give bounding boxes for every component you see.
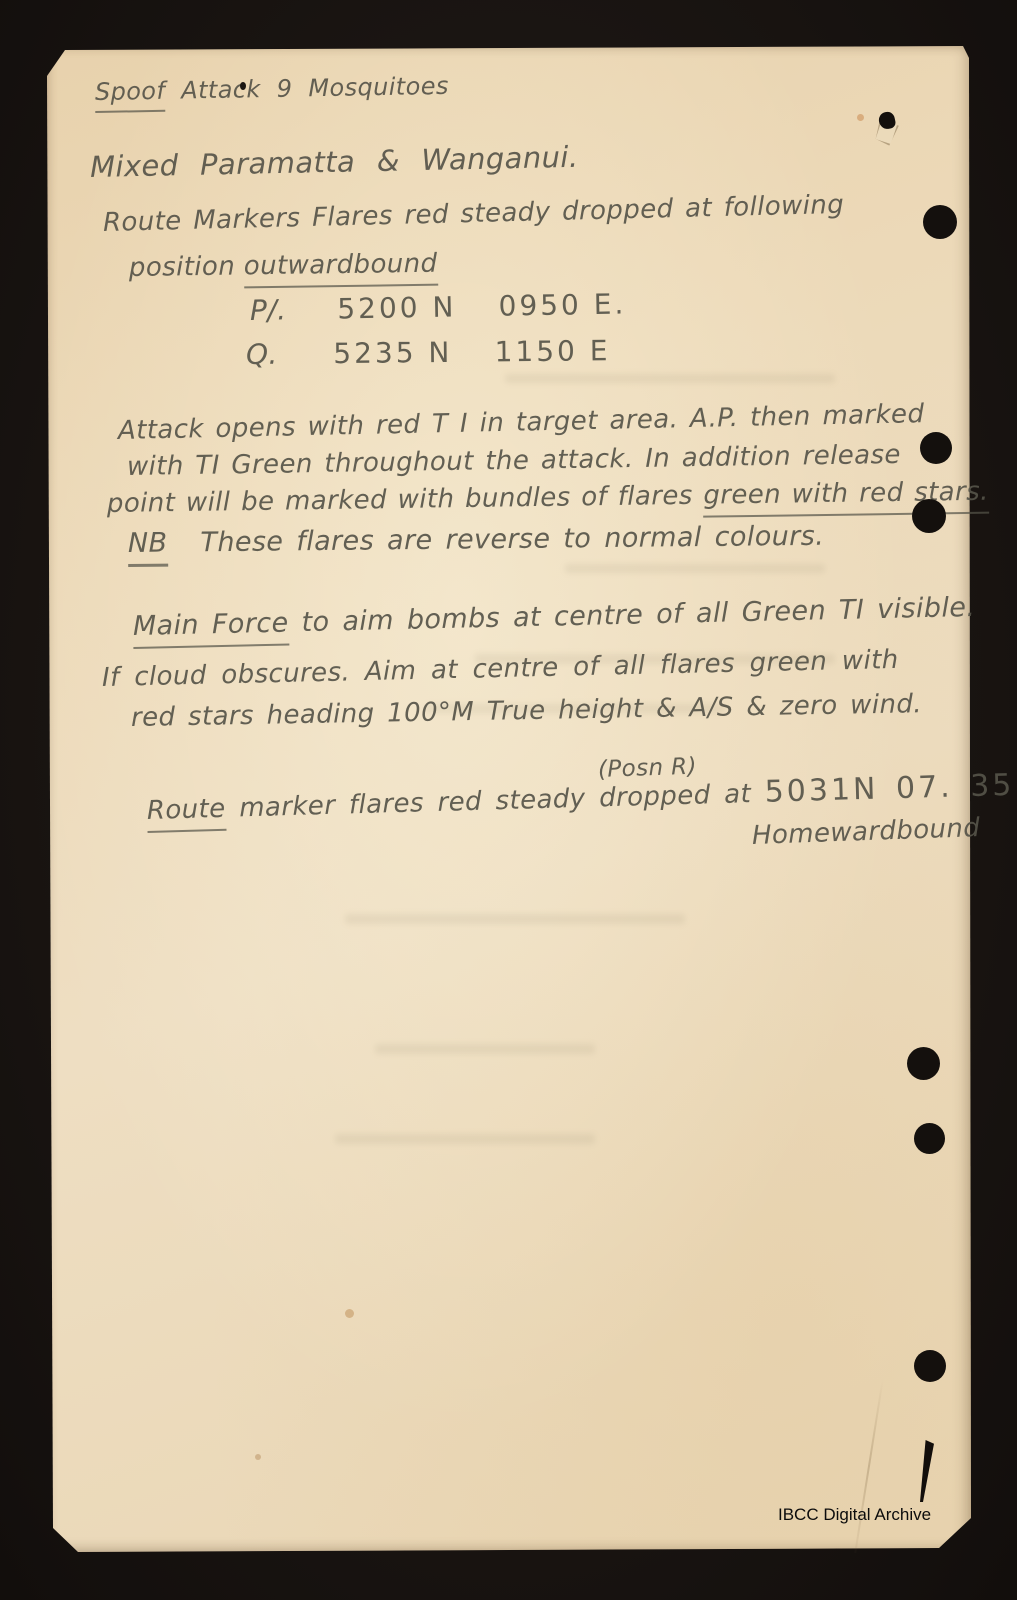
outwardbound-underlined: outwardbound xyxy=(244,251,438,289)
position-latitude: 5235 N xyxy=(333,336,461,370)
heading-underlined-word: Spoof xyxy=(95,79,166,113)
position-longitude: 1150 E xyxy=(494,334,610,368)
punch-hole xyxy=(914,1123,945,1154)
position-longitude: 0950 E. xyxy=(498,287,626,322)
punch-hole xyxy=(920,432,952,464)
position-latitude: 5200 N xyxy=(337,290,466,325)
position-row-p: P/. 5200 N 0950 E. xyxy=(250,287,627,327)
stain xyxy=(345,1309,354,1318)
bleed-through-smudge xyxy=(505,374,835,383)
bleed-through-smudge xyxy=(565,564,825,573)
position-label: Q. xyxy=(246,337,310,371)
position-label: P/. xyxy=(250,293,315,327)
attack-line-3-underlined: green with red stars. xyxy=(703,479,989,518)
ink-speck xyxy=(240,82,246,90)
outwardbound-line: position outwardbound xyxy=(129,249,438,291)
homeward-underlined: Route xyxy=(147,796,227,833)
stain xyxy=(255,1454,261,1460)
homeward-coordinates: 5031N 07. 35E xyxy=(764,767,1017,810)
punch-hole xyxy=(912,499,946,533)
nb-label: NB xyxy=(128,530,168,568)
document-scan: { "scan": { "background_color": "#1a1512… xyxy=(0,0,1017,1600)
bleed-through-smudge xyxy=(335,1134,595,1144)
archive-watermark: IBCC Digital Archive xyxy=(778,1505,931,1525)
stain xyxy=(857,114,864,121)
bleed-through-smudge xyxy=(345,914,685,924)
position-row-q: Q. 5235 N 1150 E xyxy=(246,334,611,371)
main-force-underlined: Main Force xyxy=(133,609,289,649)
nb-line: NB These flares are reverse to normal co… xyxy=(128,521,825,568)
outwardbound-pre: position xyxy=(129,251,244,283)
heading-rest: Attack 9 Mosquitoes xyxy=(181,72,449,105)
punch-hole xyxy=(914,1350,946,1382)
punch-hole xyxy=(907,1047,940,1080)
bleed-through-smudge xyxy=(375,1044,595,1054)
heading-line: Spoof Attack 9 Mosquitoes xyxy=(95,72,449,113)
punch-hole xyxy=(923,205,957,239)
nb-text: These flares are reverse to normal colou… xyxy=(200,521,824,559)
